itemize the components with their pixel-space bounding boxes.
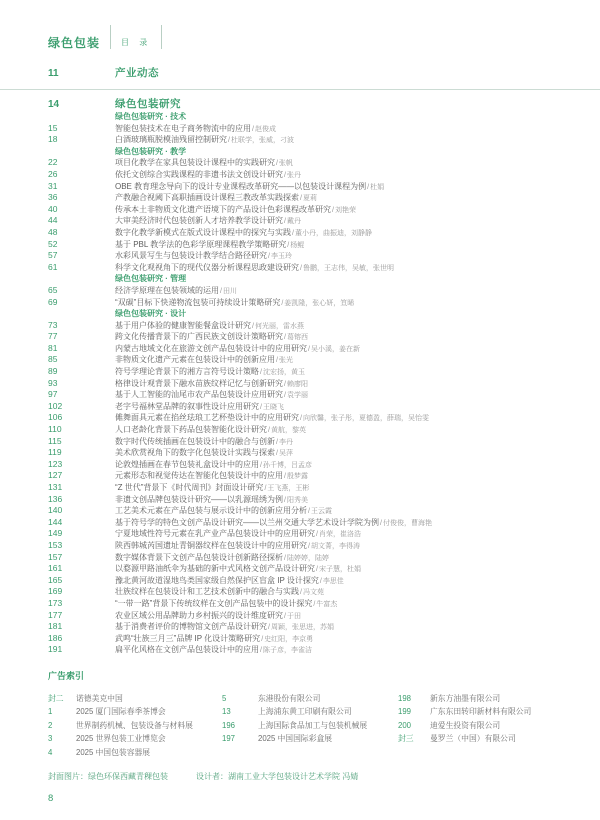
toc-page-number: 173 — [48, 598, 115, 610]
toc-item-title: 项目化教学在家具包装设计课程中的实践研究 — [115, 157, 275, 169]
toc-page-number: 181 — [48, 621, 115, 633]
author-separator: / — [252, 124, 254, 135]
ad-item-name: 迪爱生投资有限公司 — [430, 719, 500, 733]
toc-item-authors: 李玉玲 — [271, 251, 292, 262]
toc-item-authors: 田川 — [223, 286, 237, 297]
ad-item-page-number: 封三 — [398, 732, 430, 746]
toc-page-number: 106 — [48, 412, 115, 424]
toc-item-authors: 付俊俊，曹海艳 — [383, 518, 432, 529]
cover-note: 封面图片：绿色环保西藏青稞包装 设计者：湖南工业大学包装设计艺术学院 冯婧 — [0, 771, 600, 782]
ad-index-item: 199广东东田转印新材料有限公司 — [398, 705, 600, 719]
toc-entry: 136非遗文创品牌包装设计研究——以乳源瑶绣为例 / 阳秀美 — [0, 494, 600, 506]
toc-item-authors: 向欣馨，张子彤，夏德盈，薛瑞，吴怡雯 — [303, 413, 429, 424]
author-separator: / — [281, 298, 283, 309]
author-separator: / — [268, 622, 270, 633]
toc-page-number: 186 — [48, 633, 115, 645]
toc-item-title: 白酒玻璃瓶脱模油残留控制研究 — [115, 134, 227, 146]
toc-page-number: 40 — [48, 204, 115, 216]
toc-page-number: 81 — [48, 343, 115, 355]
toc-subsection-label: 绿色包装研究 · 教学 — [115, 146, 186, 158]
author-separator: / — [268, 251, 270, 262]
toc-page-number: 73 — [48, 320, 115, 332]
ad-item-page-number: 200 — [398, 719, 430, 733]
toc-item-authors: 王云霞 — [311, 506, 332, 517]
toc-item-title: 扁平化风格在文创产品包装设计中的应用 — [115, 644, 259, 656]
author-separator: / — [264, 483, 266, 494]
toc-item-authors: 张丹 — [287, 170, 301, 181]
toc-item-authors: 杜联学，张威，刁波 — [231, 135, 294, 146]
toc-entry: 177农业区域公用品牌助力乡村振兴的设计维度研究 / 于田 — [0, 610, 600, 622]
ad-item-page-number: 1 — [48, 705, 76, 719]
toc-item-title: 非物质文化遗产元素在包装设计中的创新应用 — [115, 354, 275, 366]
toc-page-number: 85 — [48, 354, 115, 366]
ad-item-page-number: 3 — [48, 732, 76, 746]
toc-subsection-label: 绿色包装研究 · 技术 — [115, 111, 186, 123]
author-separator: / — [316, 564, 318, 575]
toc-page-number: 69 — [48, 297, 115, 309]
ad-item-name: 上海浦东黄工印刷有限公司 — [258, 705, 352, 719]
toc-item-title: “Z 世代”背景下《时代周刊》封面设计研究 — [115, 482, 263, 494]
toc-entry: 119美术欣赏视角下的数字化包装设计实践与探索 / 吴萍 — [0, 447, 600, 459]
toc-page-number: 165 — [48, 575, 115, 587]
toc-page-number: 65 — [48, 285, 115, 297]
toc-page-number: 161 — [48, 563, 115, 575]
toc-page-number: 153 — [48, 540, 115, 552]
ad-item-name: 2025 世界包装工业博览会 — [76, 732, 166, 746]
toc-item-title: 工艺美术元素在产品包装与展示设计中的创新应用分析 — [115, 505, 307, 517]
toc-subsection: 绿色包装研究 · 技术 — [0, 111, 600, 123]
toc-entry: 165豫北黄河故道湿地鸟类国家级自然保护区盲盒 IP 设计探究 / 李思佳 — [0, 575, 600, 587]
page-number: 8 — [48, 793, 53, 804]
ad-index-title: 广告索引 — [48, 669, 600, 682]
toc-entry: 89符号学理论背景下的湘方言符号设计策略 / 沈宏扬，黄玉 — [0, 366, 600, 378]
ad-index-column: 198新东方油墨有限公司199广东东田转印新材料有限公司200迪爱生投资有限公司… — [398, 692, 600, 760]
author-separator: / — [380, 518, 382, 529]
toc-page-number: 44 — [48, 215, 115, 227]
ad-index: 广告索引 封二诺德美克中国12025 厦门国际春季茶博会2世界制药机械、包装设备… — [0, 669, 600, 760]
ad-index-item: 198新东方油墨有限公司 — [398, 692, 600, 706]
toc-item-title: 武鸣“壮族三月三”品牌 IP 化设计策略研究 — [115, 633, 260, 645]
ad-index-item: 12025 厦门国际春季茶博会 — [48, 705, 222, 719]
toc-item-title: 人口老龄化背景下药品包装智能化设计研究 — [115, 424, 267, 436]
toc-page-number: 110 — [48, 424, 115, 436]
toc-item-title: 内蒙古地域文化在旅游文创产品包装设计中的应用研究 — [115, 343, 307, 355]
author-separator: / — [260, 367, 262, 378]
author-separator: / — [276, 448, 278, 459]
toc-entry: 52基于 PBL 教学法的色彩学原理课程教学策略研究 / 杨鲲 — [0, 239, 600, 251]
toc-entry: 181基于消费者评价的博物馆文创产品设计研究 / 周颖，张思进，苏娟 — [0, 621, 600, 633]
toc-page-number: 123 — [48, 459, 115, 471]
toc-item-authors: 张光 — [279, 355, 293, 366]
toc-item-authors: 赖廖阳 — [287, 379, 308, 390]
toc-entry: 191扁平化风格在文创产品包装设计中的应用 / 陈子彦，李雀洁 — [0, 644, 600, 656]
toc-entry: 93格律设计观背景下融水苗族纹样记忆与创新研究 / 赖廖阳 — [0, 378, 600, 390]
toc-entry: 127元素形态和视觉传达在智能化包装设计中的应用 / 殷梦露 — [0, 470, 600, 482]
author-separator: / — [276, 355, 278, 366]
toc-page-number: 177 — [48, 610, 115, 622]
ad-index-column: 5东港股份有限公司13上海浦东黄工印刷有限公司196上海国际食品加工与包装机械展… — [222, 692, 398, 760]
toc-item-title: 传承本土非物质文化遗产语境下的产品设计色彩课程改革研究 — [115, 204, 331, 216]
toc-item-title: 陕西韩城芮国遗址青铜器纹样在包装设计中的应用研究 — [115, 540, 307, 552]
toc-entry: 26依托文创综合实践课程的非遗书法文创设计研究 / 张丹 — [0, 169, 600, 181]
toc-item-authors: 宋子慧，杜娟 — [319, 564, 361, 575]
toc-item-authors: 赵俊成 — [255, 124, 276, 135]
toc-entry: 65经济学原理在包装领域的运用 / 田川 — [0, 285, 600, 297]
ad-item-name: 世界制药机械、包装设备与材料展 — [76, 719, 193, 733]
toc-item-title: 数字化教学新模式在版式设计课程中的探究与实践 — [115, 227, 291, 239]
author-separator: / — [261, 634, 263, 645]
toc-item-authors: 牛富杰 — [316, 599, 337, 610]
ad-index-columns: 封二诺德美克中国12025 厦门国际春季茶博会2世界制药机械、包装设备与材料展3… — [48, 692, 600, 760]
toc-item-title: 豫北黄河故道湿地鸟类国家级自然保护区盲盒 IP 设计探究 — [115, 575, 319, 587]
author-separator: / — [308, 344, 310, 355]
toc-page-number: 93 — [48, 378, 115, 390]
toc-item-title: 跨文化传播背景下的广西民族文创设计策略研究 — [115, 331, 283, 343]
toc-page-number: 127 — [48, 470, 115, 482]
toc-item-title: 基于 PBL 教学法的色彩学原理课程教学策略研究 — [115, 239, 286, 251]
toc-item-authors: 鲁鹏，王志伟，吴敏，张世明 — [303, 263, 394, 274]
toc-page-number: 157 — [48, 552, 115, 564]
ad-item-name: 上海国际食品加工与包装机械展 — [258, 719, 367, 733]
toc-item-authors: 王晓飞 — [263, 402, 284, 413]
toc-item-authors: 吴萍 — [279, 448, 293, 459]
toc-entry: 85非物质文化遗产元素在包装设计中的创新应用 / 张光 — [0, 354, 600, 366]
ad-index-item: 13上海浦东黄工印刷有限公司 — [222, 705, 398, 719]
toc-entry: 77跨文化传播背景下的广西民族文创设计策略研究 / 葛镕西 — [0, 331, 600, 343]
author-separator: / — [332, 205, 334, 216]
toc-entry: 22项目化教学在家具包装设计课程中的实践研究 / 张帆 — [0, 157, 600, 169]
ad-item-page-number: 2 — [48, 719, 76, 733]
author-separator: / — [284, 553, 286, 564]
toc-item-authors: 王飞燕，王彬 — [267, 483, 309, 494]
toc-item-title: 符号学理论背景下的湘方言符号设计策略 — [115, 366, 259, 378]
cover-designer-caption: 设计者：湖南工业大学包装设计艺术学院 冯婧 — [196, 771, 358, 782]
toc-item-authors: 葛镕西 — [287, 332, 308, 343]
toc-item-authors: 何光丽，雷水燕 — [255, 321, 304, 332]
author-separator: / — [284, 611, 286, 622]
toc-page-number: 61 — [48, 262, 115, 274]
toc-entry: 106傩舞面具元素在掐丝珐琅工艺杯垫设计中的应用研究 / 向欣馨，张子彤，夏德盈… — [0, 412, 600, 424]
toc-subsection-label: 绿色包装研究 · 设计 — [115, 308, 186, 320]
author-separator: / — [300, 193, 302, 204]
toc-item-authors: 于田 — [287, 611, 301, 622]
author-separator: / — [284, 390, 286, 401]
ad-index-column: 封二诺德美克中国12025 厦门国际春季茶博会2世界制药机械、包装设备与材料展3… — [48, 692, 222, 760]
ad-index-item: 200迪爱生投资有限公司 — [398, 719, 600, 733]
author-separator: / — [284, 471, 286, 482]
cover-image-caption: 封面图片：绿色环保西藏青稞包装 — [48, 771, 168, 782]
author-separator: / — [260, 402, 262, 413]
toc-entry: 169壮族纹样在包装设计和工艺技术创新中的融合与实践 / 冯文苑 — [0, 586, 600, 598]
toc-entry: 157数字媒体背景下文创产品包装设计创新路径探析 / 陆婷婷，陆婷 — [0, 552, 600, 564]
toc-entry: 69“双碳”目标下快递物流包装可持续设计策略研究 / 姜凯隆，张心妍，笪晞 — [0, 297, 600, 309]
toc-page-number: 131 — [48, 482, 115, 494]
toc-page-number: 14 — [48, 98, 115, 111]
toc-item-title: 基于符号学的特色文创产品设计研究——以兰州交通大学艺术设计学院为例 — [115, 517, 379, 529]
toc-item-title: 绿色包装研究 — [115, 97, 181, 111]
ad-item-name: 东港股份有限公司 — [258, 692, 320, 706]
toc-entry: 73基于用户体验的健康智能餐盒设计研究 / 何光丽，雷水燕 — [0, 320, 600, 332]
ad-item-page-number: 4 — [48, 746, 76, 760]
toc-page: 绿色包装 目 录 11产业动态14绿色包装研究绿色包装研究 · 技术15智能包装… — [0, 0, 600, 820]
toc-section: 11产业动态 — [0, 66, 600, 80]
ad-item-page-number: 13 — [222, 705, 258, 719]
author-separator: / — [300, 413, 302, 424]
ad-index-item: 5东港股份有限公司 — [222, 692, 398, 706]
author-separator: / — [268, 425, 270, 436]
toc-item-title: 基于用户体验的健康智能餐盒设计研究 — [115, 320, 251, 332]
author-separator: / — [313, 599, 315, 610]
author-separator: / — [284, 216, 286, 227]
toc-item-title: 农业区域公用品牌助力乡村振兴的设计维度研究 — [115, 610, 283, 622]
toc-item-title: “一带一路”背景下传统纹样在文创产品包装中的设计探究 — [115, 598, 312, 610]
author-separator: / — [287, 240, 289, 251]
toc-entry: 61科学文化观视角下的现代仪器分析课程思政建设研究 / 鲁鹏，王志伟，吴敏，张世… — [0, 262, 600, 274]
toc-page-number: 15 — [48, 123, 115, 135]
toc-page-number: 48 — [48, 227, 115, 239]
ad-item-name: 广东东田转印新材料有限公司 — [430, 705, 531, 719]
toc-item-authors: 董小丹，曲振迪，刘静静 — [295, 228, 372, 239]
author-separator: / — [260, 645, 262, 656]
ad-index-item: 196上海国际食品加工与包装机械展 — [222, 719, 398, 733]
toc-subsection-label: 绿色包装研究 · 管理 — [115, 273, 186, 285]
toc-item-authors: 姜凯隆，张心妍，笪晞 — [284, 298, 354, 309]
toc-entry: 57水彩风景写生与包装设计教学结合路径研究 / 李玉玲 — [0, 250, 600, 262]
toc-item-title: 格律设计观背景下融水苗族纹样记忆与创新研究 — [115, 378, 283, 390]
ad-item-name: 诺德美克中国 — [76, 692, 123, 706]
toc-item-title: 依托文创综合实践课程的非遗书法文创设计研究 — [115, 169, 283, 181]
toc-item-authors: 杨鲲 — [290, 240, 304, 251]
ad-item-name: 2025 厦门国际春季茶博会 — [76, 705, 166, 719]
toc-entry: 15智能包装技术在电子商务物流中的应用 / 赵俊成 — [0, 123, 600, 135]
toc-item-title: 以婺源甲路油纸伞为基础的新中式风格文创产品设计研究 — [115, 563, 315, 575]
author-separator: / — [220, 286, 222, 297]
toc-item-title: 智能包装技术在电子商务物流中的应用 — [115, 123, 251, 135]
author-separator: / — [320, 576, 322, 587]
author-separator: / — [284, 379, 286, 390]
toc-item-authors: 黄航，黎英 — [271, 425, 306, 436]
toc-page-number: 11 — [48, 67, 115, 80]
toc-entry: 44大审美经济时代包装创新人才培养教学设计研究 / 戴丹 — [0, 215, 600, 227]
toc-page-number: 169 — [48, 586, 115, 598]
toc-item-authors: 刘艳荣 — [335, 205, 356, 216]
contents-label: 目 录 — [121, 36, 151, 48]
toc-item-authors: 沈宏扬，黄玉 — [263, 367, 305, 378]
ad-item-page-number: 199 — [398, 705, 430, 719]
toc-entry: 131“Z 世代”背景下《时代周刊》封面设计研究 / 王飞燕，王彬 — [0, 482, 600, 494]
toc-item-title: 老字号福林堂品牌的叙事性设计应用研究 — [115, 401, 259, 413]
magazine-header: 绿色包装 目 录 — [0, 0, 600, 54]
toc-entry: 31OBE 教育理念导向下的设计专业课程改革研究——以包装设计课程为例 / 杜娟 — [0, 181, 600, 193]
toc-entry: 186武鸣“壮族三月三”品牌 IP 化设计策略研究 / 史红阳，李京勇 — [0, 633, 600, 645]
toc-page-number: 52 — [48, 239, 115, 251]
toc-item-title: 宁夏地域性符号元素在乳产业产品包装设计中的应用研究 — [115, 528, 315, 540]
toc-page-number: 115 — [48, 436, 115, 448]
toc-entry: 115数字时代传统插画在包装设计中的融合与创新 / 李丹 — [0, 436, 600, 448]
toc-item-title: 水彩风景写生与包装设计教学结合路径研究 — [115, 250, 267, 262]
toc-item-authors: 阳秀美 — [287, 495, 308, 506]
author-separator: / — [308, 541, 310, 552]
toc-page-number: 136 — [48, 494, 115, 506]
author-separator: / — [284, 170, 286, 181]
ad-index-item: 封二诺德美克中国 — [48, 692, 222, 706]
toc-page-number: 57 — [48, 250, 115, 262]
toc-page-number: 149 — [48, 528, 115, 540]
ad-item-name: 新东方油墨有限公司 — [430, 692, 500, 706]
toc-item-authors: 胡文菁，李得涛 — [311, 541, 360, 552]
toc-item-authors: 陈子彦，李雀洁 — [263, 645, 312, 656]
toc-page-number: 191 — [48, 644, 115, 656]
header-divider — [110, 25, 111, 49]
toc-item-title: 元素形态和视觉传达在智能化包装设计中的应用 — [115, 470, 283, 482]
author-separator: / — [300, 263, 302, 274]
toc-item-title: 美术欣赏视角下的数字化包装设计实践与探索 — [115, 447, 275, 459]
toc-entry: 102老字号福林堂品牌的叙事性设计应用研究 / 王晓飞 — [0, 401, 600, 413]
toc-divider — [0, 89, 600, 90]
toc-entry: 110人口老龄化背景下药品包装智能化设计研究 / 黄航，黎英 — [0, 424, 600, 436]
toc-entry: 36产教融合视阈下高职插画设计课程三教改革实践探索 / 夏莉 — [0, 192, 600, 204]
toc-item-authors: 史红阳，李京勇 — [264, 634, 313, 645]
toc-page-number: 26 — [48, 169, 115, 181]
author-separator: / — [276, 158, 278, 169]
ad-item-name: 2025 中国包装容器展 — [76, 746, 150, 760]
magazine-logo: 绿色包装 — [48, 34, 100, 51]
author-separator: / — [367, 182, 369, 193]
toc-entry: 153陕西韩城芮国遗址青铜器纹样在包装设计中的应用研究 / 胡文菁，李得涛 — [0, 540, 600, 552]
ad-item-name: 2025 中国国际彩盒展 — [258, 732, 332, 746]
toc-item-title: 产业动态 — [115, 66, 159, 80]
toc-entry: 123论敦煌插画在春节包装礼盒设计中的应用 / 孙千博，吕孟彦 — [0, 459, 600, 471]
toc-page-number: 36 — [48, 192, 115, 204]
toc-section: 14绿色包装研究 — [0, 97, 600, 111]
ad-item-page-number: 5 — [222, 692, 258, 706]
toc-page-number: 119 — [48, 447, 115, 459]
toc-page-number: 89 — [48, 366, 115, 378]
toc-item-authors: 李丹 — [279, 437, 293, 448]
toc-entry: 144基于符号学的特色文创产品设计研究——以兰州交通大学艺术设计学院为例 / 付… — [0, 517, 600, 529]
toc-entry: 149宁夏地域性符号元素在乳产业产品包装设计中的应用研究 / 肖荣，崔洛浩 — [0, 528, 600, 540]
author-separator: / — [292, 228, 294, 239]
author-separator: / — [260, 460, 262, 471]
author-separator: / — [252, 321, 254, 332]
toc-entry: 140工艺美术元素在产品包装与展示设计中的创新应用分析 / 王云霞 — [0, 505, 600, 517]
author-separator: / — [276, 437, 278, 448]
toc-page-number: 102 — [48, 401, 115, 413]
author-separator: / — [284, 332, 286, 343]
toc-item-authors: 肖荣，崔洛浩 — [319, 529, 361, 540]
toc-item-title: 科学文化观视角下的现代仪器分析课程思政建设研究 — [115, 262, 299, 274]
toc-item-title: 大审美经济时代包装创新人才培养教学设计研究 — [115, 215, 283, 227]
toc-item-title: “双碳”目标下快递物流包装可持续设计策略研究 — [115, 297, 280, 309]
toc-subsection: 绿色包装研究 · 设计 — [0, 308, 600, 320]
toc-item-authors: 吴小溪，姜在新 — [311, 344, 360, 355]
toc-item-title: 基于人工智能的汕尾市农产品包装设计应用研究 — [115, 389, 283, 401]
author-separator: / — [316, 529, 318, 540]
toc-subsection: 绿色包装研究 · 管理 — [0, 273, 600, 285]
toc-entry: 18白酒玻璃瓶脱模油残留控制研究 / 杜联学，张威，刁波 — [0, 134, 600, 146]
toc-item-title: 论敦煌插画在春节包装礼盒设计中的应用 — [115, 459, 259, 471]
toc-page-number: 31 — [48, 181, 115, 193]
ad-item-page-number: 封二 — [48, 692, 76, 706]
toc-entry: 97基于人工智能的汕尾市农产品包装设计应用研究 / 袁学丽 — [0, 389, 600, 401]
toc-item-title: 非遗文创品牌包装设计研究——以乳源瑶绣为例 — [115, 494, 283, 506]
toc-item-authors: 夏莉 — [303, 193, 317, 204]
toc-item-authors: 李思佳 — [323, 576, 344, 587]
ad-item-page-number: 198 — [398, 692, 430, 706]
toc-item-authors: 孙千博，吕孟彦 — [263, 460, 312, 471]
ad-item-page-number: 196 — [222, 719, 258, 733]
toc-subsection: 绿色包装研究 · 教学 — [0, 146, 600, 158]
toc-entry: 40传承本土非物质文化遗产语境下的产品设计色彩课程改革研究 / 刘艳荣 — [0, 204, 600, 216]
toc-item-title: 基于消费者评价的博物馆文创产品设计研究 — [115, 621, 267, 633]
ad-item-name: 曼罗兰（中国）有限公司 — [430, 732, 516, 746]
toc-item-title: 数字时代传统插画在包装设计中的融合与创新 — [115, 436, 275, 448]
toc-page-number: 97 — [48, 389, 115, 401]
toc-item-authors: 殷梦露 — [287, 471, 308, 482]
toc-item-title: 壮族纹样在包装设计和工艺技术创新中的融合与实践 — [115, 586, 299, 598]
toc-item-authors: 周颖，张思进，苏娟 — [271, 622, 334, 633]
ad-index-item: 42025 中国包装容器展 — [48, 746, 222, 760]
toc-item-title: 产教融合视阈下高职插画设计课程三教改革实践探索 — [115, 192, 299, 204]
toc-list: 11产业动态14绿色包装研究绿色包装研究 · 技术15智能包装技术在电子商务物流… — [0, 66, 600, 656]
toc-item-authors: 袁学丽 — [287, 390, 308, 401]
author-separator: / — [284, 495, 286, 506]
toc-entry: 173“一带一路”背景下传统纹样在文创产品包装中的设计探究 / 牛富杰 — [0, 598, 600, 610]
toc-page-number: 77 — [48, 331, 115, 343]
toc-page-number: 140 — [48, 505, 115, 517]
ad-index-item: 2世界制药机械、包装设备与材料展 — [48, 719, 222, 733]
toc-item-title: 经济学原理在包装领域的运用 — [115, 285, 219, 297]
author-separator: / — [308, 506, 310, 517]
toc-page-number: 18 — [48, 134, 115, 146]
toc-item-authors: 冯文苑 — [303, 587, 324, 598]
ad-index-item: 32025 世界包装工业博览会 — [48, 732, 222, 746]
toc-item-authors: 杜娟 — [370, 182, 384, 193]
author-separator: / — [228, 135, 230, 146]
toc-entry: 161以婺源甲路油纸伞为基础的新中式风格文创产品设计研究 / 宋子慧，杜娟 — [0, 563, 600, 575]
toc-page-number: 22 — [48, 157, 115, 169]
header-divider — [161, 25, 162, 49]
toc-item-title: 傩舞面具元素在掐丝珐琅工艺杯垫设计中的应用研究 — [115, 412, 299, 424]
toc-item-authors: 陆婷婷，陆婷 — [287, 553, 329, 564]
toc-item-authors: 张帆 — [279, 158, 293, 169]
toc-item-authors: 戴丹 — [287, 216, 301, 227]
ad-item-page-number: 197 — [222, 732, 258, 746]
ad-index-item: 封三曼罗兰（中国）有限公司 — [398, 732, 600, 746]
toc-item-title: OBE 教育理念导向下的设计专业课程改革研究——以包装设计课程为例 — [115, 181, 366, 193]
toc-page-number: 144 — [48, 517, 115, 529]
author-separator: / — [300, 587, 302, 598]
toc-entry: 81内蒙古地域文化在旅游文创产品包装设计中的应用研究 / 吴小溪，姜在新 — [0, 343, 600, 355]
toc-item-title: 数字媒体背景下文创产品包装设计创新路径探析 — [115, 552, 283, 564]
toc-entry: 48数字化教学新模式在版式设计课程中的探究与实践 / 董小丹，曲振迪，刘静静 — [0, 227, 600, 239]
ad-index-item: 1972025 中国国际彩盒展 — [222, 732, 398, 746]
